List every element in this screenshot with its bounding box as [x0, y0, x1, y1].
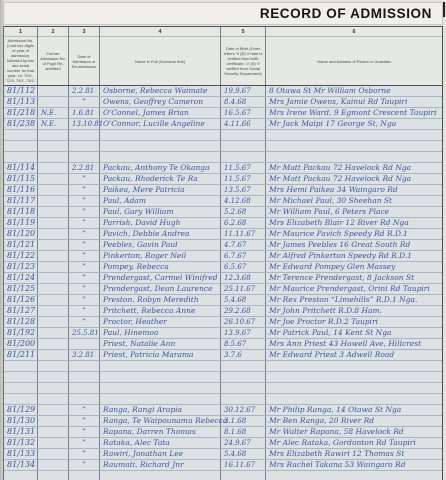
cell-name: Paul, Hinemoa: [100, 328, 221, 338]
header-col-number: 1: [4, 27, 37, 37]
cell-date-admission: [69, 394, 100, 404]
header-col-desc: Date of Birth (Enter letters 'V (B)' if …: [221, 37, 265, 85]
table-row: 81/192 25.5.81 Paul, Hinemoa 13.9.67 Mr …: [4, 328, 442, 339]
table-row: 81/113 ” Owens, Geoffrey Cameron 8.4.68 …: [4, 97, 442, 108]
cell-name: [100, 152, 221, 162]
cell-parent: Mr Philip Ranga, 14 Otawa St Nga: [266, 405, 442, 415]
cell-dob: 4.12.68: [221, 196, 266, 206]
header-col-desc: Former Admission No. of Pupil Re-admitte…: [38, 37, 68, 85]
cell-admission-no: 81/132: [4, 438, 38, 448]
header-admission-no: 1 Admission No. (Last two digits of year…: [4, 27, 38, 85]
cell-date-admission: ”: [69, 174, 100, 184]
cell-admission-no: [4, 361, 38, 371]
cell-dob: 25.11.67: [221, 284, 266, 294]
cell-dob: 5.4.68: [221, 295, 266, 305]
table-row: 81/200 Priest, Natalie Ann 8.5.67 Mrs An…: [4, 339, 442, 350]
cell-name: Rawiri, Jonathan Lee: [100, 449, 221, 459]
cell-parent: Mr Walter Rapana, 58 Havelock Rd: [266, 427, 442, 437]
cell-former-no: [38, 174, 69, 184]
cell-parent: Mr Terence Prendergast, 8 Jackson St: [266, 273, 442, 283]
cell-admission-no: 81/238: [4, 119, 38, 129]
cell-admission-no: 81/112: [4, 86, 38, 96]
cell-date-admission: ”: [69, 317, 100, 327]
table-row: 81/120 ” Pavich, Debbie Andrea 11.11.67 …: [4, 229, 442, 240]
cell-name: Rataka, Alec Tata: [100, 438, 221, 448]
cell-date-admission: [69, 141, 100, 151]
cell-admission-no: 81/116: [4, 185, 38, 195]
cell-name: Peebles, Gavin Paul: [100, 240, 221, 250]
cell-parent: Mr Ben Ranga, 20 River Rd: [266, 416, 442, 426]
cell-date-admission: ”: [69, 460, 100, 470]
table-row: [4, 130, 442, 141]
cell-name: Ranga, Te Waipounamu Rebecca: [100, 416, 221, 426]
cell-parent: Mr James Peebles 16 Great South Rd: [266, 240, 442, 250]
cell-dob: 3.7.6: [221, 350, 266, 360]
header-col-desc: Admission No. (Last two digits of year o…: [4, 37, 37, 85]
cell-name: Packau, Rhoderick Te Ra: [100, 174, 221, 184]
table-row: 81/126 ” Preston, Robyn Meredith 5.4.68 …: [4, 295, 442, 306]
cell-dob: 11.5.67: [221, 163, 266, 173]
cell-admission-no: [4, 394, 38, 404]
cell-admission-no: 81/117: [4, 196, 38, 206]
cell-admission-no: 81/131: [4, 427, 38, 437]
cell-name: Priest, Natalie Ann: [100, 339, 221, 349]
cell-parent: Mr Matt Packau 72 Havelock Rd Nga: [266, 163, 442, 173]
cell-admission-no: 81/120: [4, 229, 38, 239]
cell-former-no: [38, 317, 69, 327]
cell-admission-no: [4, 372, 38, 382]
admission-register-page: RECORD OF ADMISSION 1 Admission No. (Las…: [0, 0, 446, 480]
cell-parent: Mr Alec Rataka, Gordonton Rd Taupiri: [266, 438, 442, 448]
cell-date-admission: [69, 339, 100, 349]
cell-admission-no: 81/125: [4, 284, 38, 294]
cell-name: O'Connel, James Brian: [100, 108, 221, 118]
cell-parent: 8 Otawa St Mr William Osborne: [266, 86, 442, 96]
cell-date-admission: ”: [69, 218, 100, 228]
table-row: 81/133 ” Rawiri, Jonathan Lee 5.4.68 Mrs…: [4, 449, 442, 460]
cell-admission-no: 81/134: [4, 460, 38, 470]
cell-name: Osborne, Rebecca Waimate: [100, 86, 221, 96]
cell-name: Rapana, Darren Thomas: [100, 427, 221, 437]
table-body: 81/112 2.2.81 Osborne, Rebecca Waimate 1…: [4, 86, 442, 480]
table-row: [4, 361, 442, 372]
cell-admission-no: 81/126: [4, 295, 38, 305]
cell-admission-no: 81/123: [4, 262, 38, 272]
cell-former-no: [38, 460, 69, 470]
cell-name: [100, 383, 221, 393]
cell-name: Pavich, Debbie Andrea: [100, 229, 221, 239]
cell-date-admission: ”: [69, 284, 100, 294]
cell-name: Prendergast, Dean Laurence: [100, 284, 221, 294]
cell-former-no: [38, 262, 69, 272]
cell-former-no: [38, 328, 69, 338]
cell-dob: 24.9.67: [221, 438, 266, 448]
header-col-number: 2: [38, 27, 68, 37]
cell-date-admission: [69, 471, 100, 480]
table-row: 81/112 2.2.81 Osborne, Rebecca Waimate 1…: [4, 86, 442, 97]
cell-dob: [221, 394, 266, 404]
cell-dob: 5.2.68: [221, 207, 266, 217]
header-col-number: 6: [266, 27, 442, 37]
cell-former-no: [38, 185, 69, 195]
table-row: 81/131 ” Rapana, Darren Thomas 8.1.68 Mr…: [4, 427, 442, 438]
title-strip: RECORD OF ADMISSION: [3, 2, 443, 25]
cell-former-no: [38, 438, 69, 448]
cell-parent: Mr Maurice Pavich Speedy Rd R.D.1: [266, 229, 442, 239]
table-row: 81/124 ” Prendergast, Carmel Winifred 12…: [4, 273, 442, 284]
cell-date-admission: 3.2.81: [69, 350, 100, 360]
cell-date-admission: 2.2.81: [69, 86, 100, 96]
header-parent-guardian: 6 Name and Address of Parent or Guardian: [266, 27, 442, 85]
header-name-in-full: 4 Name in Full (Surname first): [100, 27, 221, 85]
cell-former-no: [38, 416, 69, 426]
cell-date-admission: ”: [69, 185, 100, 195]
cell-admission-no: 81/118: [4, 207, 38, 217]
table-row: 81/130 ” Ranga, Te Waipounamu Rebecca 3.…: [4, 416, 442, 427]
cell-date-admission: ”: [69, 416, 100, 426]
cell-date-admission: 2.2.81: [69, 163, 100, 173]
cell-former-no: [38, 218, 69, 228]
table-row: 81/132 ” Rataka, Alec Tata 24.9.67 Mr Al…: [4, 438, 442, 449]
cell-admission-no: [4, 130, 38, 140]
cell-date-admission: ”: [69, 427, 100, 437]
cell-former-no: N.E.: [38, 119, 69, 129]
cell-former-no: [38, 229, 69, 239]
cell-dob: [221, 141, 266, 151]
cell-admission-no: 81/192: [4, 328, 38, 338]
cell-former-no: [38, 405, 69, 415]
cell-parent: Mrs Elizabeth Blair 12 River Rd Nga: [266, 218, 442, 228]
cell-name: [100, 361, 221, 371]
cell-parent: Mr Edward Priest 3 Adwell Road: [266, 350, 442, 360]
cell-parent: [266, 141, 442, 151]
cell-former-no: [38, 97, 69, 107]
cell-dob: 11.5.67: [221, 174, 266, 184]
cell-name: Prendergast, Carmel Winifred: [100, 273, 221, 283]
cell-former-no: [38, 152, 69, 162]
table-row: [4, 471, 442, 480]
cell-name: Packau, Anthony Te Okanga: [100, 163, 221, 173]
cell-date-admission: [69, 383, 100, 393]
table-row: [4, 394, 442, 405]
cell-admission-no: 81/211: [4, 350, 38, 360]
cell-dob: 16.5.67: [221, 108, 266, 118]
cell-date-admission: ”: [69, 306, 100, 316]
cell-date-admission: ”: [69, 438, 100, 448]
cell-dob: 26.10.67: [221, 317, 266, 327]
cell-dob: 30.12.67: [221, 405, 266, 415]
cell-dob: 13.5.67: [221, 185, 266, 195]
cell-parent: [266, 471, 442, 480]
cell-date-admission: 25.5.81: [69, 328, 100, 338]
cell-date-admission: ”: [69, 97, 100, 107]
cell-dob: 4.7.67: [221, 240, 266, 250]
header-col-number: 3: [69, 27, 99, 37]
cell-name: Pompey, Rebecca: [100, 262, 221, 272]
cell-admission-no: 81/122: [4, 251, 38, 261]
cell-date-admission: ”: [69, 229, 100, 239]
header-date-admission: 3 Date of Admission or Re-admission: [69, 27, 100, 85]
cell-dob: 3.1.68: [221, 416, 266, 426]
table-row: 81/238 N.E. 13.10.81 O'Connor, Lucille A…: [4, 119, 442, 130]
table-row: 81/121 ” Peebles, Gavin Paul 4.7.67 Mr J…: [4, 240, 442, 251]
cell-dob: 11.11.67: [221, 229, 266, 239]
cell-dob: [221, 471, 266, 480]
cell-dob: 13.9.67: [221, 328, 266, 338]
cell-dob: 16.11.67: [221, 460, 266, 470]
cell-name: [100, 130, 221, 140]
cell-former-no: [38, 240, 69, 250]
cell-name: Owens, Geoffrey Cameron: [100, 97, 221, 107]
cell-parent: Mrs Irene Ward, 9 Egmont Crescent Taupir…: [266, 108, 442, 118]
cell-former-no: [38, 372, 69, 382]
header-col-number: 4: [100, 27, 220, 37]
cell-dob: 12.3.68: [221, 273, 266, 283]
cell-date-admission: ”: [69, 207, 100, 217]
cell-date-admission: ”: [69, 251, 100, 261]
table-row: [4, 383, 442, 394]
header-col-desc: Name and Address of Parent or Guardian: [315, 37, 393, 85]
cell-former-no: [38, 141, 69, 151]
cell-former-no: [38, 339, 69, 349]
cell-parent: [266, 130, 442, 140]
cell-name: [100, 394, 221, 404]
cell-date-admission: ”: [69, 196, 100, 206]
table-row: 81/218 N.E. 1.6.81 O'Connel, James Brian…: [4, 108, 442, 119]
cell-admission-no: 81/128: [4, 317, 38, 327]
cell-dob: 8.4.68: [221, 97, 266, 107]
cell-former-no: [38, 130, 69, 140]
cell-dob: 29.2.68: [221, 306, 266, 316]
cell-name: Paul, Gary William: [100, 207, 221, 217]
cell-name: Priest, Patricia Marama: [100, 350, 221, 360]
cell-dob: 6.2.68: [221, 218, 266, 228]
cell-parent: Mr John Pritchett R.D.8 Ham.: [266, 306, 442, 316]
header-date-of-birth: 5 Date of Birth (Enter letters 'V (B)' i…: [221, 27, 266, 85]
cell-admission-no: 81/115: [4, 174, 38, 184]
admission-table: 1 Admission No. (Last two digits of year…: [3, 26, 443, 480]
cell-parent: Mrs Jamie Owens, Kainui Rd Taupiri: [266, 97, 442, 107]
header-col-number: 5: [221, 27, 265, 37]
cell-admission-no: 81/200: [4, 339, 38, 349]
cell-parent: [266, 394, 442, 404]
cell-former-no: [38, 383, 69, 393]
cell-parent: Mrs Ann Priest 43 Howell Ave, Hillcrest: [266, 339, 442, 349]
cell-parent: Mr Rex Preston “Limehills” R.D.1 Nga.: [266, 295, 442, 305]
cell-name: Preston, Robyn Meredith: [100, 295, 221, 305]
cell-date-admission: [69, 152, 100, 162]
cell-dob: 5.4.68: [221, 449, 266, 459]
cell-former-no: [38, 449, 69, 459]
cell-parent: [266, 372, 442, 382]
table-row: 81/116 ” Paikea, Mere Patricia 13.5.67 M…: [4, 185, 442, 196]
cell-former-no: [38, 306, 69, 316]
cell-admission-no: [4, 471, 38, 480]
cell-date-admission: 13.10.81: [69, 119, 100, 129]
cell-admission-no: [4, 152, 38, 162]
cell-former-no: [38, 427, 69, 437]
cell-parent: Mr Edward Pompey Glen Massey: [266, 262, 442, 272]
cell-dob: 8.5.67: [221, 339, 266, 349]
table-row: 81/134 ” Raumati, Richard Jnr 16.11.67 M…: [4, 460, 442, 471]
cell-parent: [266, 361, 442, 371]
cell-name: [100, 372, 221, 382]
cell-name: Paul, Adam: [100, 196, 221, 206]
cell-name: O'Connor, Lucille Angeline: [100, 119, 221, 129]
cell-admission-no: 81/114: [4, 163, 38, 173]
cell-date-admission: [69, 372, 100, 382]
cell-dob: [221, 361, 266, 371]
cell-former-no: [38, 350, 69, 360]
table-row: 81/211 3.2.81 Priest, Patricia Marama 3.…: [4, 350, 442, 361]
cell-former-no: [38, 163, 69, 173]
cell-dob: [221, 130, 266, 140]
header-col-desc: Date of Admission or Re-admission: [69, 37, 99, 85]
table-row: 81/122 ” Pinkerton, Roger Neil 6.7.67 Mr…: [4, 251, 442, 262]
cell-admission-no: 81/124: [4, 273, 38, 283]
cell-former-no: [38, 207, 69, 217]
cell-name: Ranga, Rangi Arapia: [100, 405, 221, 415]
cell-name: Raumati, Richard Jnr: [100, 460, 221, 470]
cell-dob: 6.5.67: [221, 262, 266, 272]
cell-dob: [221, 372, 266, 382]
cell-parent: Mrs Rachel Takana 53 Waingaro Rd: [266, 460, 442, 470]
table-row: 81/114 2.2.81 Packau, Anthony Te Okanga …: [4, 163, 442, 174]
cell-parent: Mr Matt Packau 72 Havelock Rd Nga: [266, 174, 442, 184]
cell-admission-no: 81/113: [4, 97, 38, 107]
cell-dob: 4.11.66: [221, 119, 266, 129]
cell-admission-no: 81/127: [4, 306, 38, 316]
cell-dob: [221, 383, 266, 393]
cell-dob: 6.7.67: [221, 251, 266, 261]
cell-name: [100, 141, 221, 151]
cell-former-no: [38, 284, 69, 294]
cell-admission-no: [4, 141, 38, 151]
cell-name: Parrish, David Hugh: [100, 218, 221, 228]
cell-parent: Mrs Hemi Paikea 34 Waingaro Rd: [266, 185, 442, 195]
cell-parent: Mr Jack Maipi 17 George St, Nga: [266, 119, 442, 129]
cell-name: Pinkerton, Roger Neil: [100, 251, 221, 261]
cell-name: Pritchett, Rebecca Anne: [100, 306, 221, 316]
table-row: [4, 152, 442, 163]
cell-date-admission: ”: [69, 240, 100, 250]
cell-date-admission: ”: [69, 405, 100, 415]
table-row: 81/125 ” Prendergast, Dean Laurence 25.1…: [4, 284, 442, 295]
cell-former-no: N.E.: [38, 108, 69, 118]
cell-parent: Mr Joe Proctor R.D.2 Taupiri: [266, 317, 442, 327]
cell-parent: [266, 152, 442, 162]
cell-admission-no: [4, 383, 38, 393]
header-col-desc: Name in Full (Surname first): [133, 37, 187, 85]
cell-admission-no: 81/119: [4, 218, 38, 228]
cell-date-admission: ”: [69, 262, 100, 272]
cell-parent: Mr Patrick Paul, 14 Kent St Nga: [266, 328, 442, 338]
cell-date-admission: ”: [69, 295, 100, 305]
table-row: 81/118 ” Paul, Gary William 5.2.68 Mr Wi…: [4, 207, 442, 218]
cell-dob: [221, 152, 266, 162]
cell-parent: Mr William Paul, 6 Peters Place: [266, 207, 442, 217]
cell-admission-no: 81/130: [4, 416, 38, 426]
cell-admission-no: 81/129: [4, 405, 38, 415]
table-row: 81/119 ” Parrish, David Hugh 6.2.68 Mrs …: [4, 218, 442, 229]
table-row: 81/123 ” Pompey, Rebecca 6.5.67 Mr Edwar…: [4, 262, 442, 273]
cell-date-admission: [69, 130, 100, 140]
cell-parent: Mr Maurice Prendergast, Orini Rd Taupiri: [266, 284, 442, 294]
cell-former-no: [38, 471, 69, 480]
cell-parent: [266, 383, 442, 393]
cell-parent: Mr Michael Paul, 30 Sheehan St: [266, 196, 442, 206]
table-row: 81/128 ” Proctor, Heather 26.10.67 Mr Jo…: [4, 317, 442, 328]
cell-date-admission: ”: [69, 273, 100, 283]
cell-date-admission: 1.6.81: [69, 108, 100, 118]
cell-admission-no: 81/218: [4, 108, 38, 118]
ink-mark: [443, 2, 445, 17]
table-row: 81/117 ” Paul, Adam 4.12.68 Mr Michael P…: [4, 196, 442, 207]
cell-former-no: [38, 251, 69, 261]
cell-dob: 19.9.67: [221, 86, 266, 96]
cell-date-admission: [69, 361, 100, 371]
cell-former-no: [38, 86, 69, 96]
table-row: 81/127 ” Pritchett, Rebecca Anne 29.2.68…: [4, 306, 442, 317]
cell-admission-no: 81/121: [4, 240, 38, 250]
table-row: [4, 372, 442, 383]
header-former-no: 2 Former Admission No. of Pupil Re-admit…: [38, 27, 69, 85]
cell-former-no: [38, 295, 69, 305]
cell-former-no: [38, 273, 69, 283]
cell-parent: Mr Alfred Pinkerton Speedy Rd R.D.1: [266, 251, 442, 261]
cell-former-no: [38, 361, 69, 371]
table-header-row: 1 Admission No. (Last two digits of year…: [4, 27, 442, 86]
cell-former-no: [38, 196, 69, 206]
cell-date-admission: ”: [69, 449, 100, 459]
cell-name: Proctor, Heather: [100, 317, 221, 327]
table-row: 81/129 ” Ranga, Rangi Arapia 30.12.67 Mr…: [4, 405, 442, 416]
table-row: 81/115 ” Packau, Rhoderick Te Ra 11.5.67…: [4, 174, 442, 185]
cell-name: [100, 471, 221, 480]
cell-dob: 8.1.68: [221, 427, 266, 437]
binding-edge-shadow: [0, 0, 5, 480]
cell-admission-no: 81/133: [4, 449, 38, 459]
page-title: RECORD OF ADMISSION: [260, 6, 442, 21]
cell-name: Paikea, Mere Patricia: [100, 185, 221, 195]
cell-former-no: [38, 394, 69, 404]
table-row: [4, 141, 442, 152]
cell-parent: Mrs Elizabeth Rawiri 12 Thomas St: [266, 449, 442, 459]
